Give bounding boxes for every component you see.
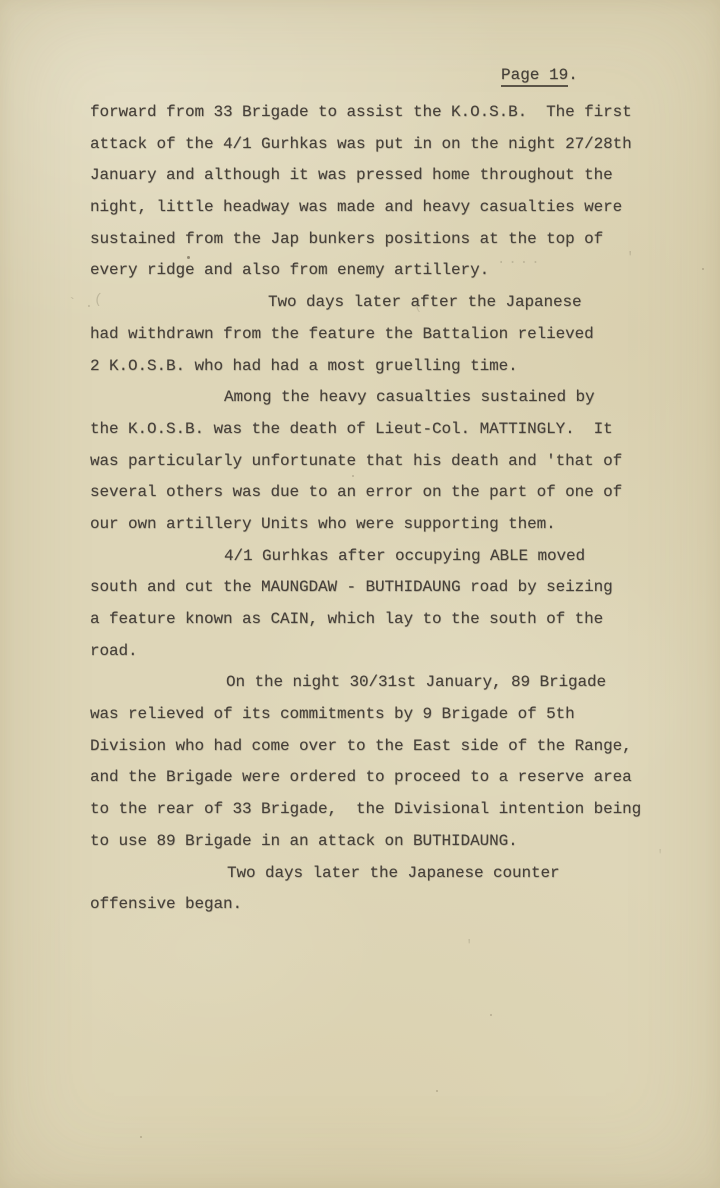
text-line: On the night 30/31st January, 89 Brigade: [90, 667, 690, 699]
text-line: night, little headway was made and heavy…: [90, 192, 690, 224]
text-line: several others was due to an error on th…: [90, 477, 690, 509]
text-line: Two days later after the Japanese: [90, 287, 690, 319]
text-line: 4/1 Gurhkas after occupying ABLE moved: [90, 541, 690, 573]
page-number: Page 19.: [501, 64, 578, 86]
page-number-text: Page 19: [501, 66, 568, 87]
text-line: attack of the 4/1 Gurhkas was put in on …: [90, 129, 690, 161]
paper-speck: [490, 1014, 492, 1016]
text-line: Division who had come over to the East s…: [90, 731, 690, 763]
text-line: sustained from the Jap bunkers positions…: [90, 224, 690, 256]
paper-speck: [436, 1090, 438, 1092]
body-text: forward from 33 Brigade to assist the K.…: [90, 97, 690, 921]
text-line: offensive began.: [90, 889, 690, 921]
text-line: the K.O.S.B. was the death of Lieut-Col.…: [90, 414, 690, 446]
text-line: was particularly unfortunate that his de…: [90, 446, 690, 478]
page-number-period: .: [568, 66, 578, 84]
paper-speck: [702, 268, 704, 270]
text-line: to use 89 Brigade in an attack on BUTHID…: [90, 826, 690, 858]
text-line: road.: [90, 636, 690, 668]
stray-mark: ': [465, 938, 473, 954]
text-line: a feature known as CAIN, which lay to th…: [90, 604, 690, 636]
paper-speck: [140, 1136, 142, 1138]
text-line: our own artillery Units who were support…: [90, 509, 690, 541]
text-line: forward from 33 Brigade to assist the K.…: [90, 97, 690, 129]
text-line: and the Brigade were ordered to proceed …: [90, 762, 690, 794]
text-line: Two days later the Japanese counter: [90, 858, 690, 890]
text-line: every ridge and also from enemy artiller…: [90, 255, 690, 287]
text-line: had withdrawn from the feature the Batta…: [90, 319, 690, 351]
text-line: 2 K.O.S.B. who had had a most gruelling …: [90, 351, 690, 383]
text-line: to the rear of 33 Brigade, the Divisiona…: [90, 794, 690, 826]
text-line: Among the heavy casualties sustained by: [90, 382, 690, 414]
text-line: January and although it was pressed home…: [90, 160, 690, 192]
document-page: Page 19. forward from 33 Brigade to assi…: [0, 0, 720, 1188]
text-line: south and cut the MAUNGDAW - BUTHIDAUNG …: [90, 572, 690, 604]
text-line: was relieved of its commitments by 9 Bri…: [90, 699, 690, 731]
